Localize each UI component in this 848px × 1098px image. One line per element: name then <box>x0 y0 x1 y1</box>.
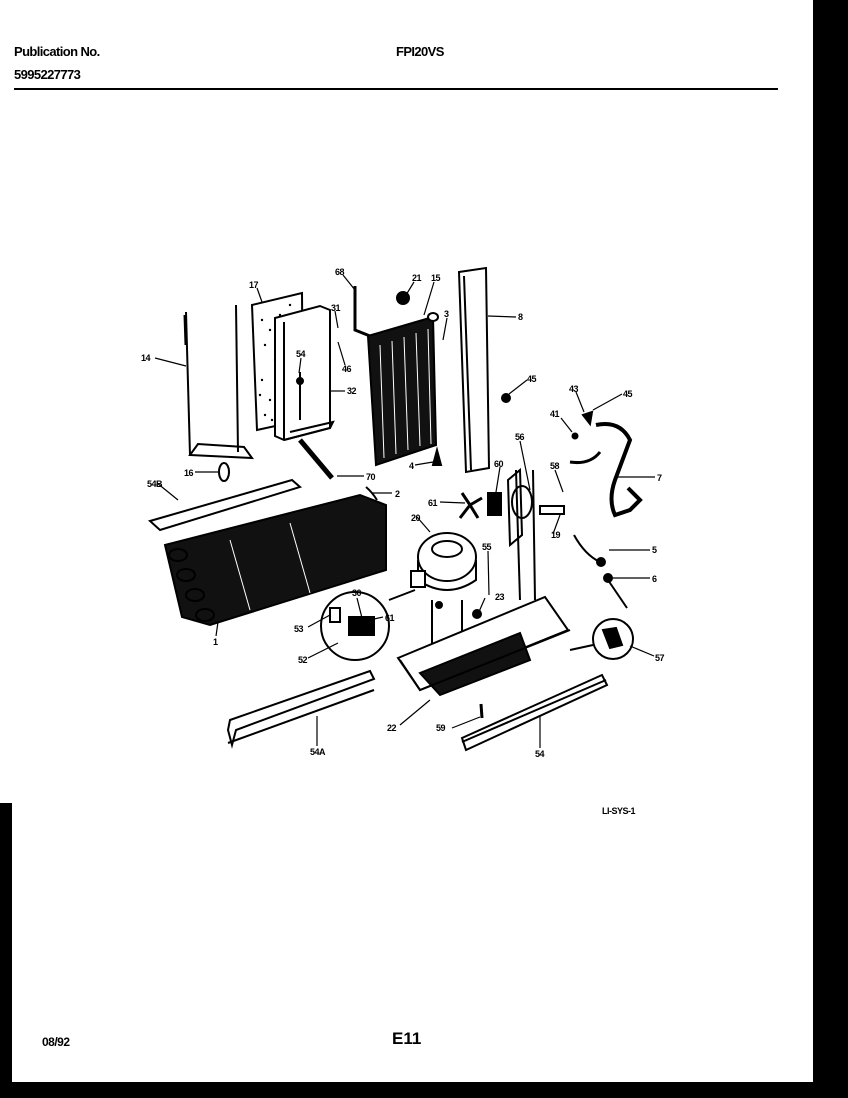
svg-text:21: 21 <box>412 273 422 283</box>
svg-text:16: 16 <box>184 468 194 478</box>
svg-text:54: 54 <box>296 349 306 359</box>
svg-text:32: 32 <box>347 386 357 396</box>
svg-text:56: 56 <box>515 432 525 442</box>
svg-text:58: 58 <box>550 461 560 471</box>
svg-text:20: 20 <box>411 513 421 523</box>
svg-text:70: 70 <box>366 472 376 482</box>
page-number: E11 <box>392 1029 421 1049</box>
publication-date: 08/92 <box>42 1035 70 1049</box>
svg-text:53: 53 <box>294 624 304 634</box>
svg-text:8: 8 <box>518 312 523 322</box>
svg-text:61: 61 <box>385 613 395 623</box>
svg-text:14: 14 <box>141 353 151 363</box>
svg-text:5: 5 <box>652 545 657 555</box>
exploded-parts-diagram: 14 17 68 21 15 8 3 31 46 54 32 45 43 45 … <box>0 0 848 1098</box>
svg-text:30: 30 <box>352 588 362 598</box>
svg-text:7: 7 <box>657 473 662 483</box>
svg-text:19: 19 <box>551 530 561 540</box>
evaporator-cover <box>275 306 333 440</box>
svg-text:31: 31 <box>331 303 341 313</box>
channel-strip <box>459 268 489 472</box>
svg-text:1: 1 <box>213 637 218 647</box>
svg-text:45: 45 <box>623 389 633 399</box>
evaporator-coil <box>355 286 438 465</box>
svg-text:15: 15 <box>431 273 441 283</box>
svg-text:54: 54 <box>535 749 545 759</box>
svg-text:17: 17 <box>249 280 259 290</box>
power-cord <box>596 424 640 515</box>
svg-text:22: 22 <box>387 723 397 733</box>
svg-text:54A: 54A <box>310 747 326 757</box>
svg-text:68: 68 <box>335 267 345 277</box>
svg-text:59: 59 <box>436 723 446 733</box>
svg-text:23: 23 <box>495 592 505 602</box>
diagram-code: LI-SYS-1 <box>602 806 635 816</box>
svg-text:55: 55 <box>482 542 492 552</box>
defrost-heater-part <box>185 305 252 458</box>
svg-text:60: 60 <box>494 459 504 469</box>
svg-text:45: 45 <box>527 374 537 384</box>
svg-text:57: 57 <box>655 653 665 663</box>
svg-text:2: 2 <box>395 489 400 499</box>
svg-text:61: 61 <box>428 498 438 508</box>
svg-text:4: 4 <box>409 461 414 471</box>
svg-text:46: 46 <box>342 364 352 374</box>
svg-text:3: 3 <box>444 309 449 319</box>
svg-text:6: 6 <box>652 574 657 584</box>
fan-assembly <box>460 470 564 545</box>
svg-text:52: 52 <box>298 655 308 665</box>
svg-text:41: 41 <box>550 409 560 419</box>
svg-text:54B: 54B <box>147 479 163 489</box>
svg-text:43: 43 <box>569 384 579 394</box>
